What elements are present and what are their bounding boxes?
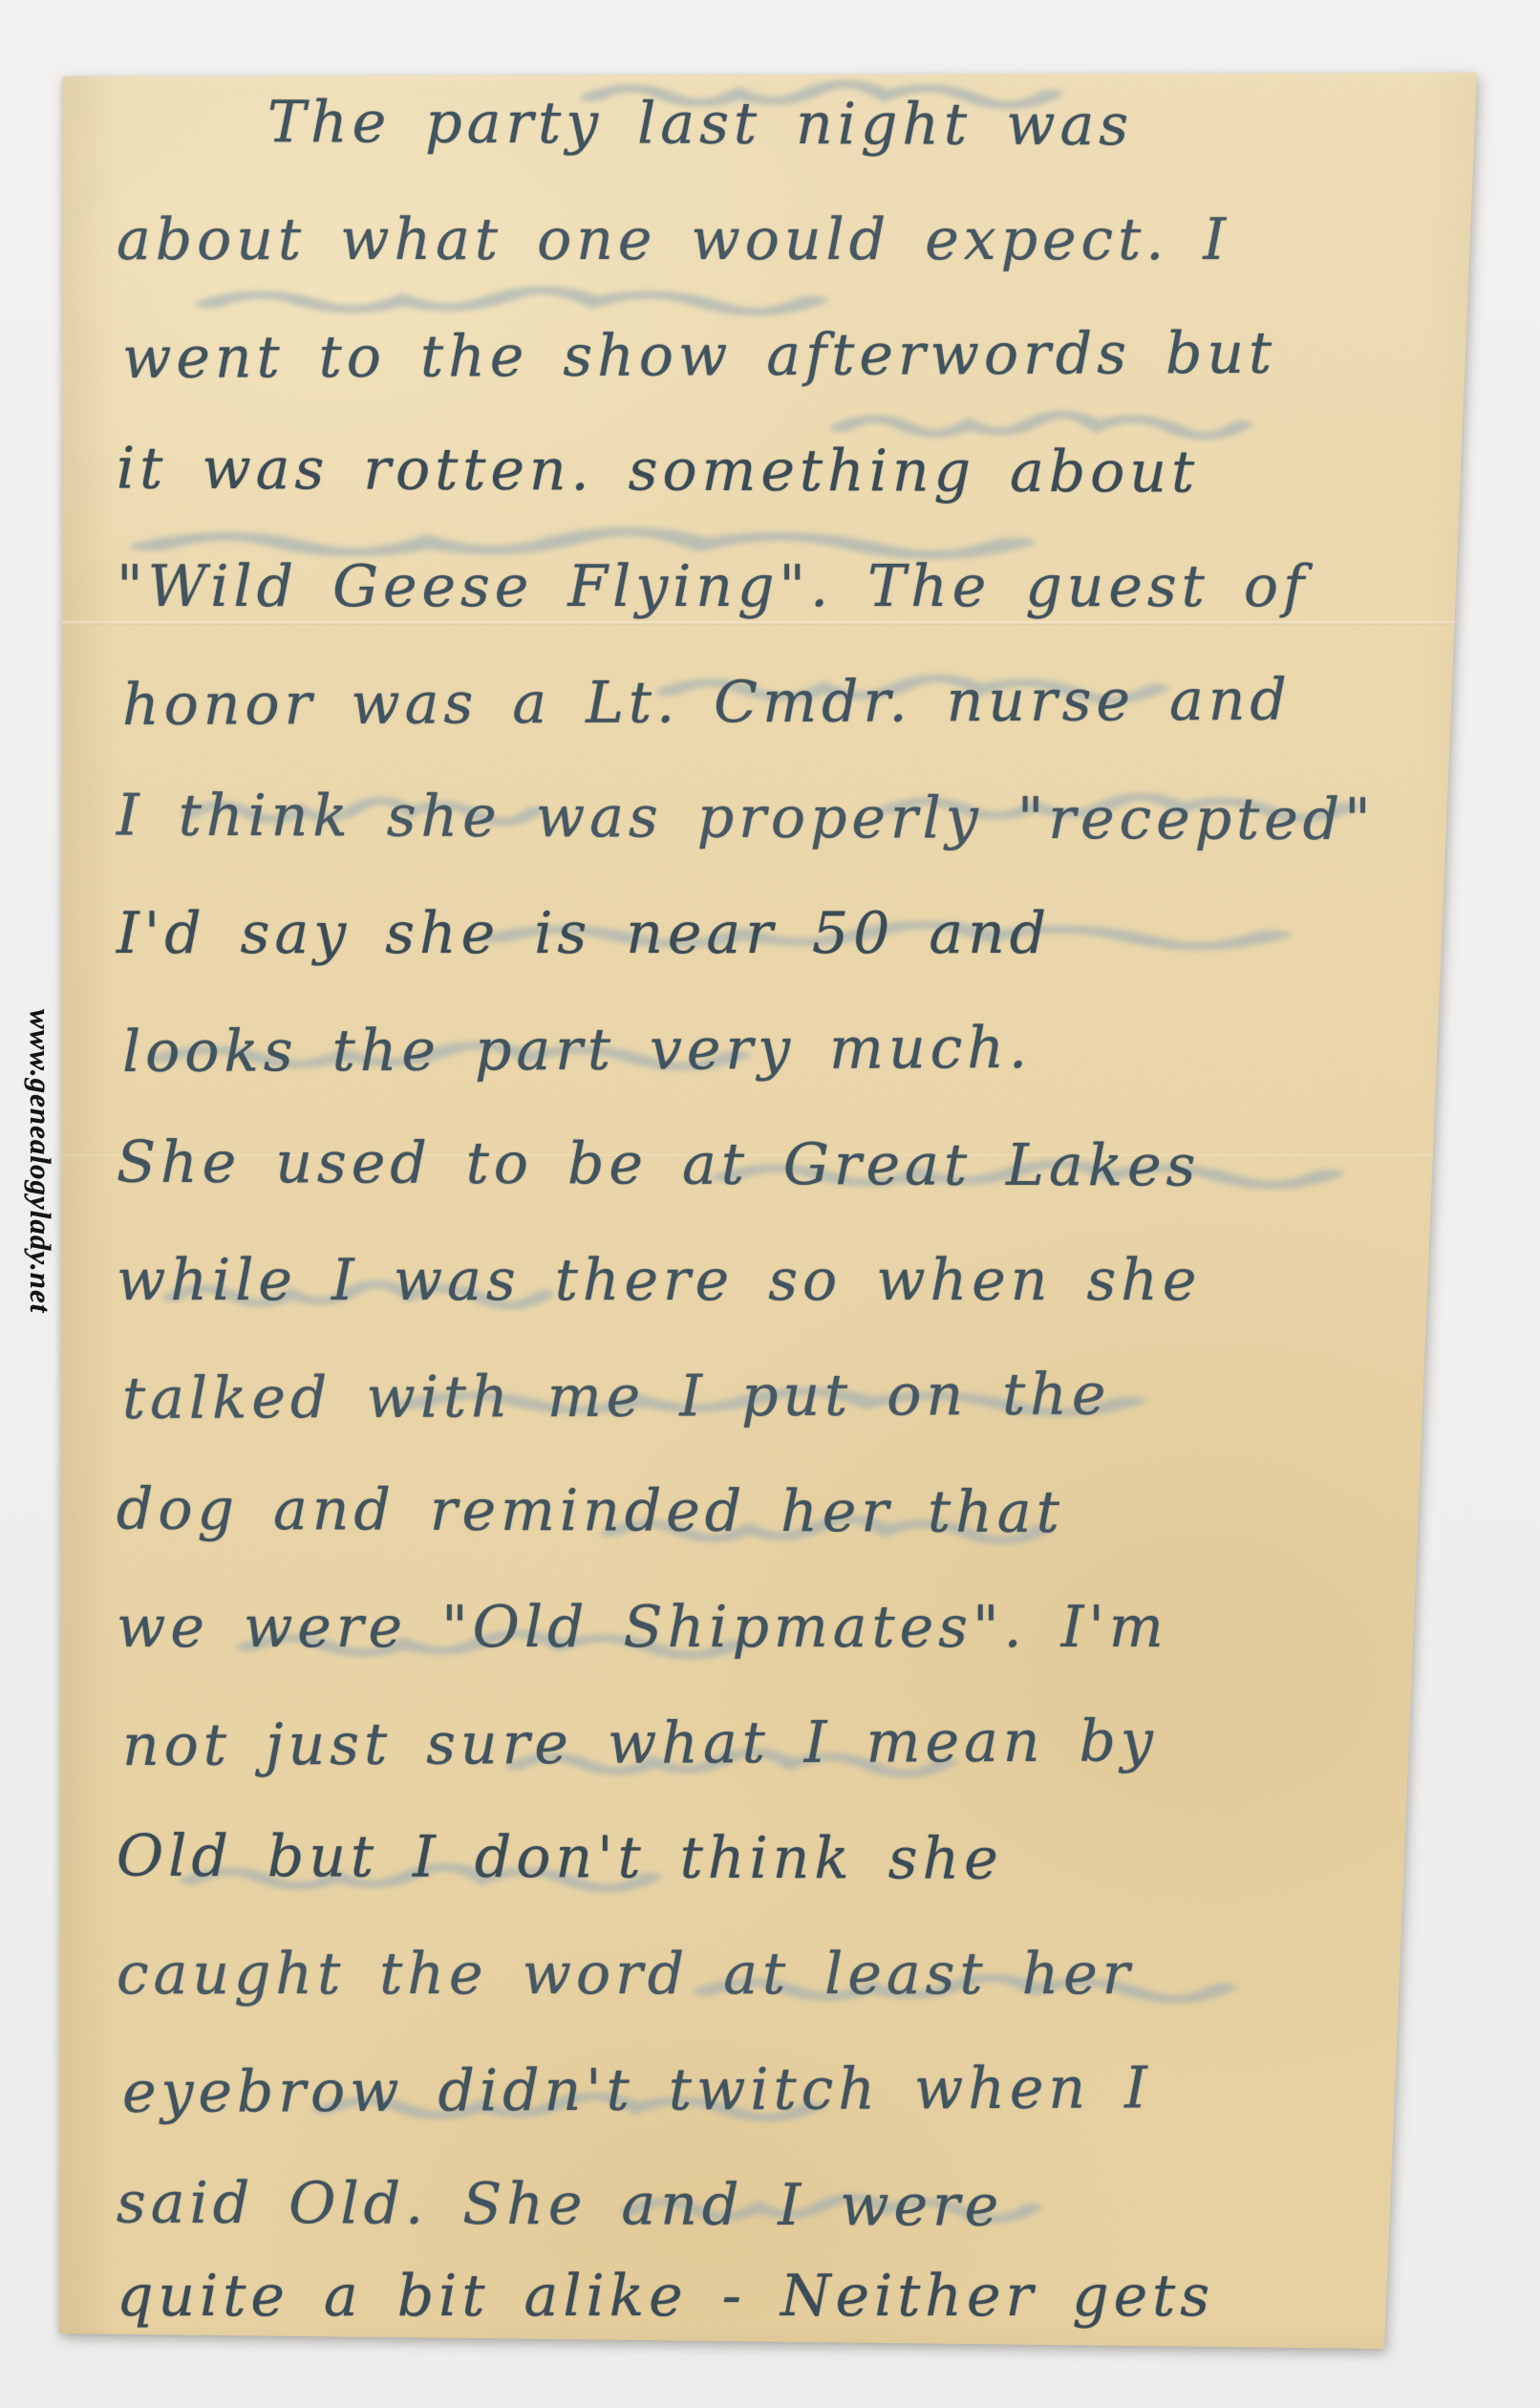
handwritten-line: we were "Old Shipmates". I'm [117,1570,1454,1686]
handwritten-line: while I was there so when she [117,1223,1454,1339]
handwritten-line: The party last night was [117,65,1454,185]
handwritten-line: said Old. She and I were [117,2146,1454,2267]
handwritten-line: I'd say she is near 50 and [117,876,1454,992]
handwritten-line: "Wild Geese Flying". The guest of [117,529,1454,645]
handwritten-line: not just sure what I mean by [122,1683,1461,1804]
scan-background: { "scan": { "watermark": "www.genealogyl… [0,0,1540,2408]
handwritten-line: talked with me I put on the [122,1336,1461,1457]
handwritten-line: dog and reminded her that [117,1452,1454,1573]
letter-text: The party last night wasabout what one w… [117,67,1454,2354]
handwritten-line: it was rotten. something about [117,412,1454,532]
letter-paper-shadow: The party last night wasabout what one w… [0,0,1540,2408]
handwritten-line: eyebrow didn't twitch when I [122,2030,1461,2151]
handwritten-line: I think she was properly "recepted" [117,759,1454,879]
handwritten-line: went to the show afterwords but [122,295,1461,417]
handwritten-line: She used to be at Great Lakes [117,1106,1454,1226]
handwritten-line: Old but I don't think she [117,1799,1454,1920]
handwritten-line: looks the part very much. [122,989,1461,1110]
letter-paper: The party last night wasabout what one w… [0,0,1540,2408]
handwritten-line: caught the word at least her [117,1917,1454,2032]
watermark-text: www.genealogylady.net [23,1009,57,1372]
handwritten-line: about what one would expect. I [117,183,1454,298]
handwritten-line: honor was a Lt. Cmdr. nurse and [122,642,1461,763]
